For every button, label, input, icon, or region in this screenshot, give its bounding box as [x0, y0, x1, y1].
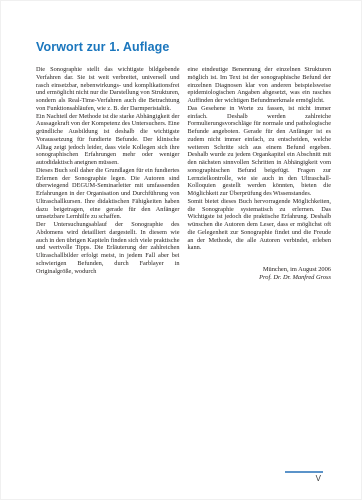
page-title: Vorwort zur 1. Auflage: [36, 40, 169, 54]
paragraph-book-purpose: Dieses Buch soll daher die Grundlagen fü…: [36, 167, 180, 221]
page-number: V: [285, 474, 321, 483]
paragraph-exam-procedure: Der Untersuchungsablauf der Sonographie …: [36, 221, 180, 275]
right-column: eine eindeutige Benennung der einzelnen …: [188, 66, 332, 282]
signature-author: Prof. Dr. Dr. Manfred Gross: [188, 274, 332, 282]
paragraph-exam-procedure-continued: eine eindeutige Benennung der einzelnen …: [188, 66, 332, 105]
left-column: Die Sonographie stellt das wichtigste bi…: [36, 66, 180, 282]
book-page: Vorwort zur 1. Auflage Die Sonographie s…: [0, 0, 362, 500]
signature-place-date: München, im August 2006: [188, 266, 332, 274]
signature-block: München, im August 2006 Prof. Dr. Dr. Ma…: [188, 266, 332, 282]
footer-rule: [285, 471, 323, 473]
text-columns: Die Sonographie stellt das wichtigste bi…: [36, 66, 331, 282]
paragraph-closing: Somit bietet dieses Buch hervorragende M…: [188, 198, 332, 252]
paragraph-formulations: Das Gesehene in Worte zu fassen, ist nic…: [188, 105, 332, 198]
paragraph-intro: Die Sonographie stellt das wichtigste bi…: [36, 66, 180, 113]
paragraph-method-drawback: Ein Nachteil der Methode ist die starke …: [36, 113, 180, 167]
